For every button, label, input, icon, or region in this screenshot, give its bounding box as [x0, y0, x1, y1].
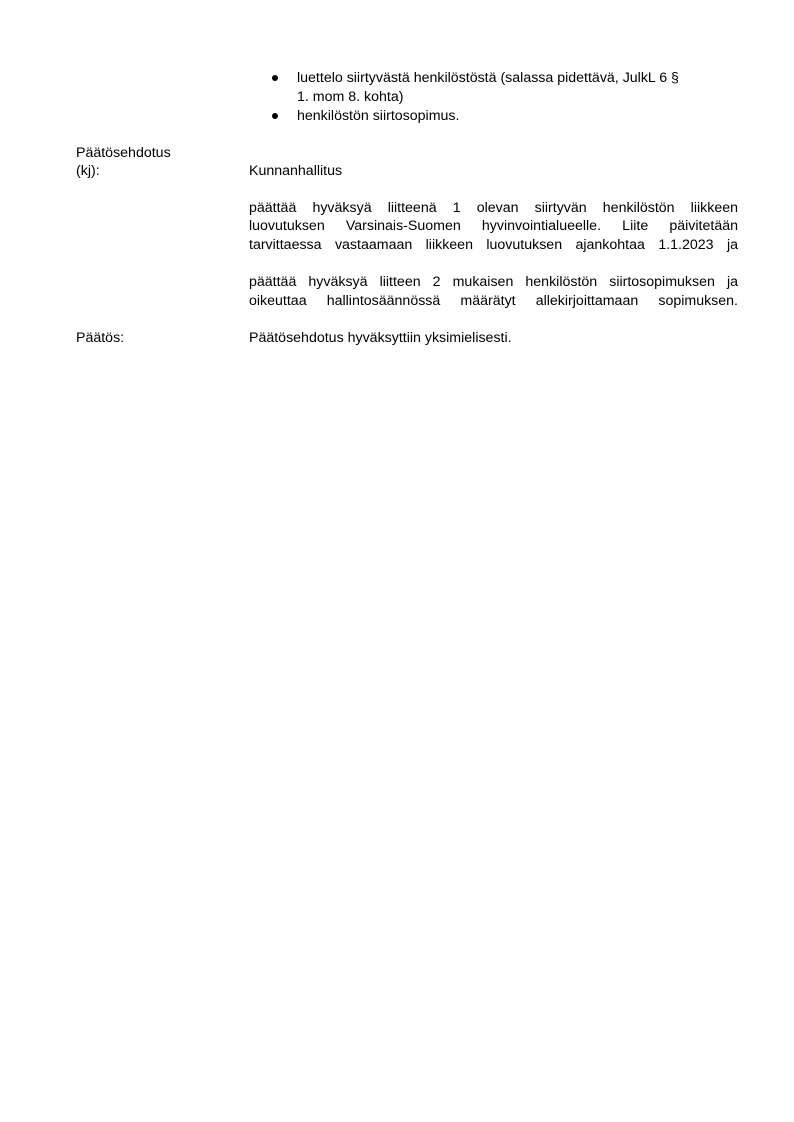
bullet-icon [272, 113, 278, 119]
decision-label: Päätös: [76, 329, 124, 348]
paragraph-line: oikeuttaa hallintosäännössä määrätyt all… [249, 292, 738, 311]
list-item: luettelo siirtyvästä henkilöstöstä (sala… [297, 69, 679, 88]
list-item: henkilöstön siirtosopimus. [297, 107, 459, 126]
paragraph-line: päättää hyväksyä liitteenä 1 olevan siir… [249, 199, 738, 218]
proposal-label-suffix: (kj): [76, 162, 100, 181]
paragraph-line: päättää hyväksyä liitteen 2 mukaisen hen… [249, 273, 738, 292]
list-item-continuation: 1. mom 8. kohta) [297, 88, 403, 107]
list-item-line: 1. mom 8. kohta) [297, 89, 403, 105]
bullet-icon [272, 75, 278, 81]
list-item-line: henkilöstön siirtosopimus. [297, 108, 459, 124]
paragraph-line: tarvittaessa vastaamaan liikkeen luovutu… [249, 236, 738, 255]
list-item-line: luettelo siirtyvästä henkilöstöstä (sala… [297, 70, 679, 86]
proposal-label: Päätösehdotus [76, 144, 171, 163]
paragraph-line: luovutuksen Varsinais-Suomen hyvinvointi… [249, 217, 738, 236]
decision-text: Päätösehdotus hyväksyttiin yksimielisest… [249, 329, 512, 348]
proposal-body-title: Kunnanhallitus [249, 162, 342, 181]
